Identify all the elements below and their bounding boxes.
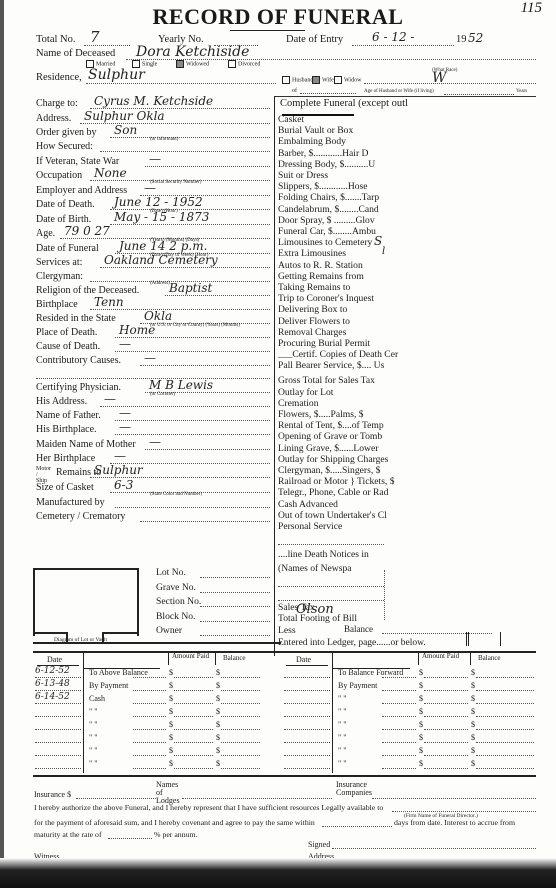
lot-grave-no-label: Grave No. <box>156 582 196 593</box>
amount-paid-currency: $ <box>419 759 423 768</box>
lodges-label: Names of Lodges <box>156 781 186 805</box>
age-of-spouse-label: Age of Husband or Wife (if living) <box>364 89 434 94</box>
charge-funeral-car-ambu[interactable]: Funeral Car, $........Ambu <box>278 226 376 237</box>
total-no-value[interactable]: 7 <box>90 28 100 46</box>
insurance-label: Insurance $ <box>34 790 71 799</box>
ledger-description: " " <box>338 733 347 742</box>
amount-paid-currency: $ <box>419 668 423 677</box>
charge-slippers-hose[interactable]: Slippers, $............Hose <box>278 181 368 192</box>
year-value[interactable]: 52 <box>468 31 483 45</box>
amount-paid-currency: $ <box>419 746 423 755</box>
ledger-description: " " <box>338 746 347 755</box>
how-secured-label: How Secured: <box>36 141 93 152</box>
cemetery-crematory-label: Cemetery / Crematory <box>36 511 125 522</box>
page-title: RECORD OF FUNERAL <box>0 4 556 30</box>
balance-field[interactable] <box>476 690 534 691</box>
amount-paid-currency: $ <box>419 733 423 742</box>
charges-left-border <box>274 96 275 656</box>
ledger-description: To Balance Forward <box>338 668 403 677</box>
charge-names-of-newspa[interactable]: (Names of Newspa <box>278 563 352 574</box>
charge-personal-service[interactable]: Personal Service <box>278 521 342 532</box>
balance-field[interactable] <box>221 755 260 756</box>
balance-currency: $ <box>471 668 475 677</box>
checkbox-wife[interactable]: Wife <box>312 76 334 84</box>
employer-and-address-value[interactable]: — <box>144 181 156 195</box>
balance-label: Balance <box>344 624 373 634</box>
amount-paid-currency: $ <box>169 733 173 742</box>
balance-field[interactable] <box>221 768 260 769</box>
charge-outlay-for-lot[interactable]: Outlay for Lot <box>278 387 333 398</box>
ledger-entry-label: Entered into Ledger, page......or below. <box>278 638 426 648</box>
age-label: Age. <box>36 228 55 239</box>
charge-getting-remains-from[interactable]: Getting Remains from <box>278 271 364 282</box>
date-of-death-label: Date of Death. <box>36 199 95 210</box>
signed-label: Signed <box>308 840 330 849</box>
complete-funeral-header: Complete Funeral (except outl <box>280 98 408 109</box>
order-given-by-value[interactable]: Son <box>114 123 137 137</box>
charge-autos-to-r-r-station[interactable]: Autos to R. R. Station <box>278 260 363 271</box>
charge-deliver-flowers-to[interactable]: Deliver Flowers to <box>278 316 350 327</box>
amount-paid-currency: $ <box>169 759 173 768</box>
charge-procuring-burial-permit[interactable]: Procuring Burial Permit <box>278 338 370 349</box>
charge-extra-limousines[interactable]: Extra Limousines <box>278 248 346 259</box>
race-value[interactable]: W <box>432 70 446 86</box>
date-of-entry-label: Date of Entry <box>286 34 343 45</box>
ledger-description: " " <box>89 746 98 755</box>
cause-of-death-label: Cause of Death. <box>36 341 100 352</box>
place-of-death-value[interactable]: Home <box>119 323 155 337</box>
charge-railroad-or-motor-tickets[interactable]: Railroad or Motor } Tickets, $ <box>278 476 395 487</box>
balance-currency: $ <box>471 694 475 703</box>
left-ledger-date-header: Date <box>47 655 62 664</box>
date-of-entry-value[interactable]: 6 - 12 - <box>372 30 414 44</box>
ledger-description: " " <box>89 733 98 742</box>
amount-paid-field[interactable] <box>174 677 213 678</box>
date-of-birth-value[interactable]: May - 15 - 1873 <box>114 210 209 224</box>
balance-field[interactable] <box>476 742 534 743</box>
right-ledger-amount-header: Amount Paid <box>422 652 459 660</box>
charge-certif-copies-of-death-cer[interactable]: ___Certif. Copies of Death Cer <box>278 349 398 360</box>
charge-opening-of-grave-or-tomb[interactable]: Opening of Grave or Tomb <box>278 431 382 442</box>
amount-paid-field[interactable] <box>424 729 468 730</box>
amount-paid-currency: $ <box>169 707 173 716</box>
balance-field[interactable] <box>476 703 534 704</box>
amount-paid-field[interactable] <box>174 716 213 717</box>
certifying-physician-value[interactable]: M B Lewis <box>149 378 213 392</box>
occupation-value[interactable]: None <box>94 166 127 180</box>
resided-in-the-state-note: (or U.S. or City or County) (Years) (Mon… <box>150 323 240 328</box>
name-of-deceased-label: Name of Deceased <box>36 48 115 59</box>
charge-cash-advanced[interactable]: Cash Advanced <box>278 499 338 510</box>
cause-of-death-value[interactable]: — <box>119 337 131 351</box>
charge-rental-of-tent-of-temp[interactable]: Rental of Tent, $....of Temp <box>278 420 384 431</box>
charge-delivering-box-to[interactable]: Delivering Box to <box>278 304 347 315</box>
charge-removal-charges[interactable]: Removal Charges <box>278 327 346 338</box>
maiden-name-of-mother-value[interactable]: — <box>149 435 161 449</box>
contributory-causes-label: Contributory Causes. <box>36 355 121 366</box>
scan-bottom-edge <box>0 858 556 888</box>
charge-dressing-body-u[interactable]: Dressing Body, $..........U <box>278 159 375 170</box>
charge-blank-line[interactable] <box>278 544 384 545</box>
lot-section-no-label: Section No. <box>156 596 201 607</box>
balance-field[interactable] <box>476 716 534 717</box>
lot-diagram-box <box>33 568 139 636</box>
balance-currency: $ <box>216 759 220 768</box>
balance-currency: $ <box>216 681 220 690</box>
charge-flowers-palms[interactable]: Flowers, $.....Palms, $ <box>278 409 364 420</box>
charge-embalming-body[interactable]: Embalming Body <box>278 136 346 147</box>
ledger-date[interactable]: 6-14-52 <box>35 692 70 702</box>
age-value[interactable]: 79 0 27 <box>64 224 110 238</box>
place-of-death-label: Place of Death. <box>36 327 97 338</box>
size-of-casket-note: (State Color and Number) <box>150 492 202 497</box>
page-number: 115 <box>521 0 542 17</box>
her-birthplace-label: Her Birthplace <box>36 453 95 464</box>
religion-of-the-deceased-label: Religion of the Deceased. <box>36 285 139 296</box>
ledger-description: " " <box>89 759 98 768</box>
amount-paid-field[interactable] <box>424 690 468 691</box>
charge-burial-vault-or-box[interactable]: Burial Vault or Box <box>278 125 353 136</box>
charges-top-rule <box>274 96 536 97</box>
amount-paid-currency: $ <box>419 681 423 690</box>
services-at-label: Services at: <box>36 257 82 268</box>
years-label: Years <box>516 89 527 94</box>
amount-paid-field[interactable] <box>174 755 213 756</box>
amount-paid-currency: $ <box>169 668 173 677</box>
residence-label: Residence, <box>36 72 82 83</box>
occupation-note: (Social Security Number) <box>150 180 201 185</box>
companies-label: Insurance Companies <box>336 781 376 797</box>
ledger-description: Cash <box>89 694 105 703</box>
size-of-casket-label: Size of Casket <box>36 482 94 493</box>
balance-field[interactable] <box>221 703 260 704</box>
balance-field[interactable] <box>221 742 260 743</box>
date-of-funeral-value[interactable]: June 14 2 p.m. <box>119 239 207 253</box>
amount-paid-field[interactable] <box>174 742 213 743</box>
charge-out-of-town-undertaker-s-cl[interactable]: Out of town Undertaker's Cl <box>278 510 387 521</box>
authorize-text: I hereby authorize the above Funeral, an… <box>34 803 383 812</box>
charge-pall-bearer-service-us[interactable]: Pall Bearer Service, $.... Us <box>278 360 384 371</box>
balance-currency: $ <box>471 720 475 729</box>
balance-field[interactable] <box>221 716 260 717</box>
date-of-death-value[interactable]: June 12 - 1952 <box>114 195 203 209</box>
clergyman-note: (Address) <box>150 281 170 286</box>
balance-field[interactable] <box>476 677 534 678</box>
residence-value[interactable]: Sulphur <box>88 67 145 83</box>
charge-outlay-for-shipping-charges[interactable]: Outlay for Shipping Charges <box>278 454 388 465</box>
charge-barber-hair-d[interactable]: Barber, $............Hair D <box>278 148 368 159</box>
right-ledger-date-header: Date <box>296 655 311 664</box>
address-label: Address. <box>36 113 71 124</box>
amount-paid-currency: $ <box>419 694 423 703</box>
taking-remains-value[interactable]: l <box>382 246 385 257</box>
title-underline <box>230 30 305 31</box>
year-prefix: 19 <box>456 34 467 45</box>
charge-door-spray-glov[interactable]: Door Spray, $ .........Glov <box>278 215 375 226</box>
balance-field[interactable] <box>221 690 260 691</box>
charge-gross-total-for-sales-tax[interactable]: Gross Total for Sales Tax <box>278 375 375 386</box>
ledger-description: To Above Balance <box>89 668 148 677</box>
right-ledger-balance-header: Balance <box>478 654 501 662</box>
funeral-record-page: RECORD OF FUNERAL 115 Total No. 7 Yearly… <box>0 0 556 888</box>
balance-field[interactable] <box>476 755 534 756</box>
ledger-date[interactable]: 6-13-48 <box>35 679 70 689</box>
contributory-causes-value[interactable]: — <box>144 351 156 365</box>
ledger-description: " " <box>89 720 98 729</box>
amount-paid-currency: $ <box>419 720 423 729</box>
checkbox-widow[interactable]: Widow <box>334 76 361 84</box>
charge-clergyman-singers[interactable]: Clergyman, $.....Singers, $ <box>278 465 380 476</box>
days-text: days from date. Interest to accrue from <box>394 818 515 827</box>
religion-of-the-deceased-value[interactable]: Baptist <box>169 281 212 295</box>
lot-lot-no-label: Lot No. <box>156 567 186 578</box>
his-address-label: His Address. <box>36 396 87 407</box>
balance-currency: $ <box>216 694 220 703</box>
amount-paid-field[interactable] <box>174 768 213 769</box>
checkbox-widowed[interactable]: Widowed <box>176 60 209 68</box>
ledger-description: " " <box>89 707 98 716</box>
payment-text: for the payment of aforesaid sum, and I … <box>34 818 315 827</box>
ledger-date[interactable]: 6-12-52 <box>35 666 70 676</box>
balance-currency: $ <box>216 733 220 742</box>
his-address-value[interactable]: — <box>104 392 116 406</box>
services-at-value[interactable]: Oakland Cemetery <box>104 253 218 267</box>
lot-block-no-field[interactable] <box>200 621 270 622</box>
address-value[interactable]: Sulphur Okla <box>84 109 165 123</box>
balance-field[interactable] <box>221 677 260 678</box>
occupation-label: Occupation <box>36 170 82 181</box>
certifying-physician-note: (or Coroner) <box>150 392 175 397</box>
total-no-label: Total No. <box>36 34 76 45</box>
resided-in-the-state-value[interactable]: Okla <box>144 309 172 323</box>
lot-lot-no-field[interactable] <box>200 577 270 578</box>
order-given-by-label: Order given by <box>36 127 97 138</box>
balance-currency: $ <box>471 746 475 755</box>
name-of-deceased-value[interactable]: Dora Ketchiside <box>136 44 249 60</box>
lot-block-no-label: Block No. <box>156 611 195 622</box>
charge-blank-line[interactable] <box>278 586 384 587</box>
ledger-description: " " <box>338 759 347 768</box>
charge-telegr-phone-cable-or-rad[interactable]: Telegr., Phone, Cable or Rad <box>278 487 388 498</box>
amount-paid-field[interactable] <box>424 768 468 769</box>
spouse-of-label: of <box>292 88 297 94</box>
amount-paid-field[interactable] <box>424 677 468 678</box>
checkbox-husband[interactable]: Husband <box>282 76 313 84</box>
amount-paid-field[interactable] <box>174 729 213 730</box>
manufactured-by-label: Manufactured by <box>36 497 105 508</box>
amount-paid-field[interactable] <box>424 742 468 743</box>
balance-currency: $ <box>216 668 220 677</box>
charge-suit-or-dress[interactable]: Suit or Dress <box>278 170 328 181</box>
percent-text: % per annum. <box>154 830 198 839</box>
balance-currency: $ <box>471 733 475 742</box>
birthplace-value[interactable]: Tenn <box>94 295 124 309</box>
lot-owner-label: Owner <box>156 625 182 636</box>
amount-paid-currency: $ <box>169 681 173 690</box>
amount-paid-field[interactable] <box>424 716 468 717</box>
charge-folding-chairs-tarp[interactable]: Folding Chairs, $.......Tarp <box>278 192 379 203</box>
name-of-father-value[interactable]: — <box>119 406 131 420</box>
less-value[interactable]: Olson <box>296 602 334 617</box>
his-birthplace-label: His Birthplace. <box>36 424 97 435</box>
size-of-casket-value[interactable]: 6-3 <box>114 478 133 492</box>
charge-to-value[interactable]: Cyrus M. Ketchside <box>94 94 213 108</box>
amount-paid-currency: $ <box>419 707 423 716</box>
balance-field[interactable] <box>221 729 260 730</box>
her-birthplace-value[interactable]: — <box>114 449 126 463</box>
charge-cremation[interactable]: Cremation <box>278 398 319 409</box>
name-of-father-label: Name of Father. <box>36 410 101 421</box>
charge-candelabrum-cand[interactable]: Candelabrum, $........Cand <box>278 204 379 215</box>
charge-taking-remains-to[interactable]: Taking Remains to <box>278 282 350 293</box>
scan-edge <box>0 0 4 860</box>
charge-to-label: Charge to: <box>36 98 78 109</box>
order-given-by-note: (or informant) <box>150 137 178 142</box>
signature-field[interactable] <box>332 848 536 849</box>
ledger-description: " " <box>338 720 347 729</box>
amount-paid-field[interactable] <box>424 755 468 756</box>
balance-currency: $ <box>471 707 475 716</box>
balance-field[interactable] <box>476 729 534 730</box>
ledger-description: By Payment <box>338 681 377 690</box>
lot-grave-no-field[interactable] <box>200 592 270 593</box>
ledger-description: " " <box>338 707 347 716</box>
balance-currency: $ <box>216 707 220 716</box>
charge-blank-line[interactable] <box>278 600 384 601</box>
date-of-funeral-label: Date of Funeral <box>36 243 99 254</box>
clergyman-label: Clergyman: <box>36 271 83 282</box>
getting-remains-value[interactable]: S <box>374 234 382 248</box>
balance-currency: $ <box>471 759 475 768</box>
maturity-text: maturity at the rate of <box>34 830 102 839</box>
amount-paid-field[interactable] <box>174 690 213 691</box>
checkbox-divorced[interactable]: Divorced <box>228 60 260 68</box>
ledger-description: " " <box>338 694 347 703</box>
charge-less[interactable]: Less <box>278 625 296 636</box>
birthplace-label: Birthplace <box>36 299 78 310</box>
charge-limousines-to-cemetery[interactable]: Limousines to Cemetery <box>278 237 372 248</box>
resided-in-the-state-label: Resided in the State <box>36 313 116 324</box>
amount-paid-currency: $ <box>169 746 173 755</box>
if-veteran-state-war-value[interactable]: — <box>149 152 161 166</box>
charge-lining-grave-lower[interactable]: Lining Grave, $......Lower <box>278 443 378 454</box>
lot-section-no-field[interactable] <box>200 606 270 607</box>
left-ledger-balance-header: Balance <box>223 654 246 662</box>
amount-paid-currency: $ <box>169 720 173 729</box>
remains-to-value[interactable]: Sulphur <box>94 463 143 477</box>
ledger-description: By Payment <box>89 681 128 690</box>
left-ledger-amount-header: Amount Paid <box>172 652 209 660</box>
charge-line-death-notices-in[interactable]: ....line Death Notices in <box>278 549 369 560</box>
balance-currency: $ <box>216 720 220 729</box>
charges-header-underline <box>282 114 354 116</box>
amount-paid-field[interactable] <box>174 703 213 704</box>
balance-currency: $ <box>471 681 475 690</box>
amount-paid-currency: $ <box>169 694 173 703</box>
amount-paid-field[interactable] <box>424 703 468 704</box>
lot-owner-field[interactable] <box>200 635 270 636</box>
balance-field[interactable] <box>476 768 534 769</box>
his-birthplace-value[interactable]: — <box>119 420 131 434</box>
balance-currency: $ <box>216 746 220 755</box>
charge-trip-to-coroner-s-inquest[interactable]: Trip to Coroner's Inquest <box>278 293 374 304</box>
